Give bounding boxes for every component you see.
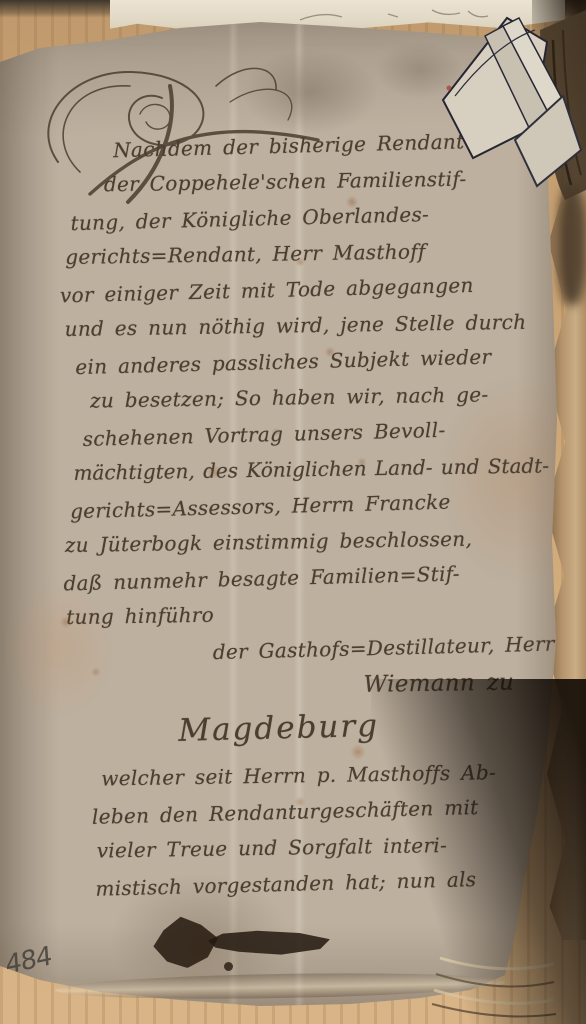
- photo-of-manuscript-page: Nachdem der bisherige Rendantder Coppehe…: [0, 0, 586, 1024]
- cast-shadow: [371, 679, 586, 1024]
- ink-speck: [224, 962, 233, 971]
- folded-corner-pages: [415, 0, 586, 235]
